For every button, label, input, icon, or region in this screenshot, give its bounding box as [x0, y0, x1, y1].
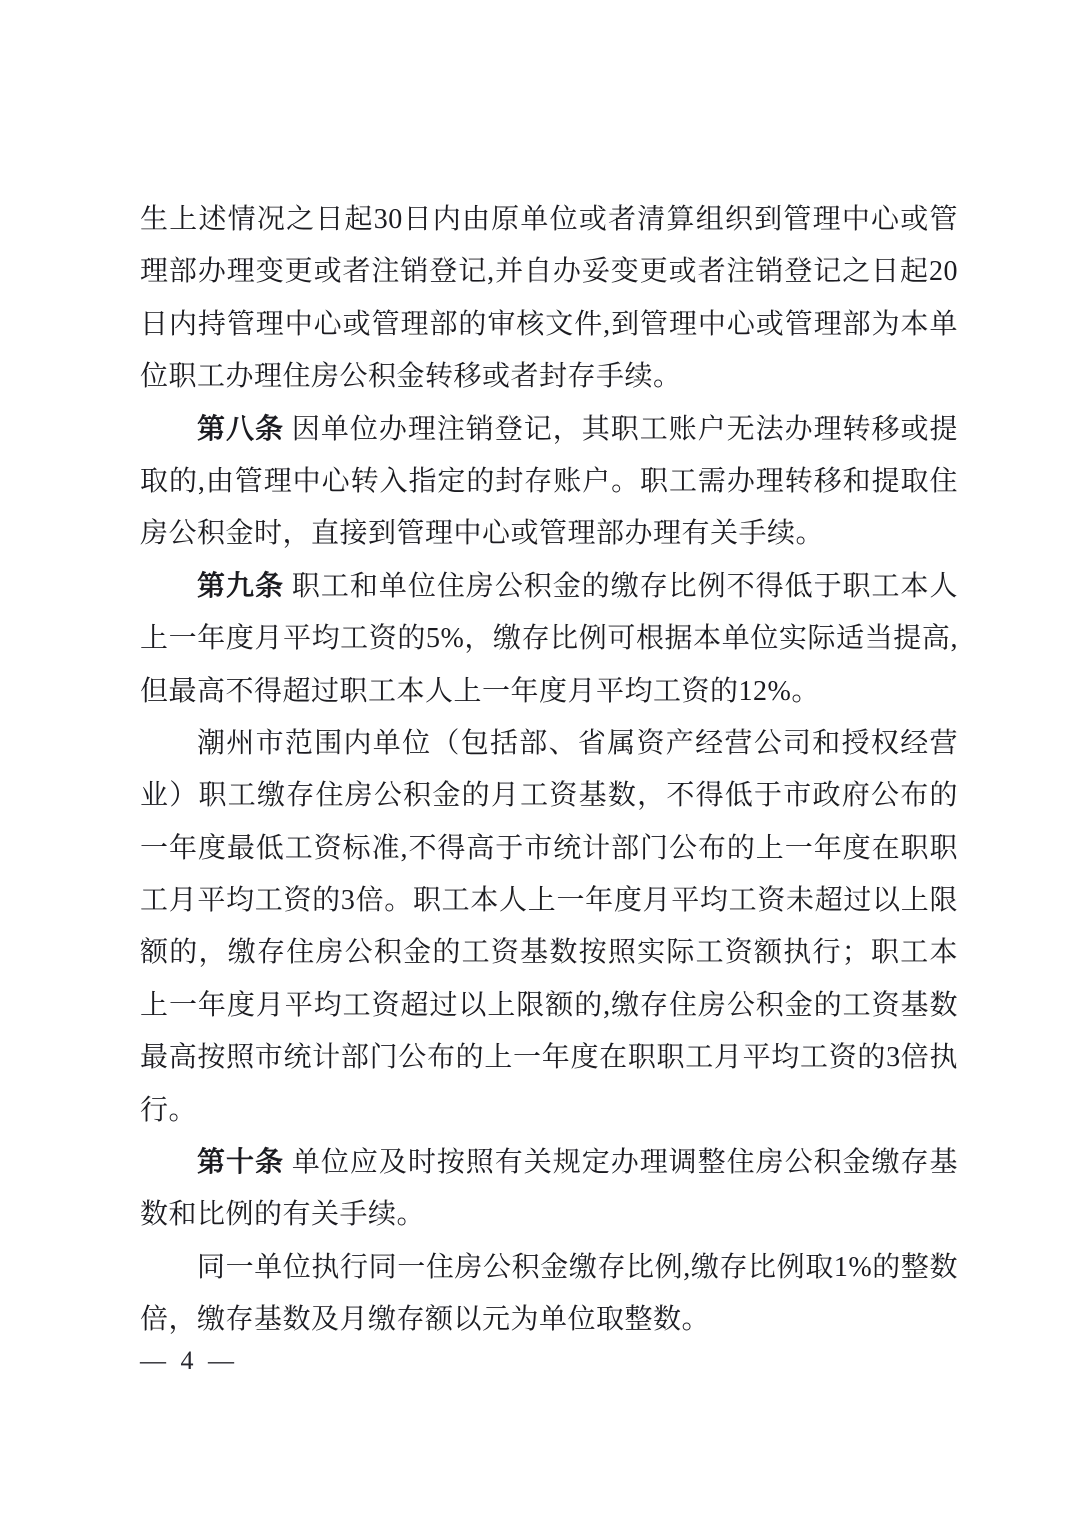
- line-text: 数和比例的有关手续。: [140, 1199, 425, 1230]
- line-text: 同一单位执行同一住房公积金缴存比例,缴存比例取1%的整数: [197, 1252, 958, 1283]
- text-line: 上一年度月平均工资超过以上限额的,缴存住房公积金的工资基数: [140, 980, 958, 1032]
- article-number-9: 第九条: [197, 571, 284, 602]
- line-text: 一年度最低工资标准,不得高于市统计部门公布的上一年度在职职: [140, 833, 958, 864]
- line-text: 但最高不得超过职工本人上一年度月平均工资的12%。: [140, 676, 820, 707]
- text-line: 最高按照市统计部门公布的上一年度在职职工月平均工资的3倍执: [140, 1032, 958, 1084]
- line-text: 额的，缴存住房公积金的工资基数按照实际工资额执行；职工本人: [140, 937, 958, 979]
- line-text: 生上述情况之日起30日内由原单位或者清算组织到管理中心或管: [140, 204, 958, 235]
- line-text: 潮州市范围内单位（包括部、省属资产经营公司和授权经营企: [140, 728, 958, 770]
- line-text: 理部办理变更或者注销登记,并自办妥变更或者注销登记之日起20: [140, 256, 958, 287]
- line-text: 行。: [140, 1095, 197, 1126]
- line-text: 取的,由管理中心转入指定的封存账户。职工需办理转移和提取住: [140, 466, 958, 497]
- line-text: 工月平均工资的3倍。职工本人上一年度月平均工资未超过以上限: [140, 885, 958, 916]
- line-text: 最高按照市统计部门公布的上一年度在职职工月平均工资的3倍执: [140, 1042, 958, 1073]
- page-number: — 4 —: [140, 1345, 234, 1377]
- text-line: 同一单位执行同一住房公积金缴存比例,缴存比例取1%的整数: [140, 1242, 958, 1294]
- text-line: 取的,由管理中心转入指定的封存账户。职工需办理转移和提取住: [140, 456, 958, 508]
- text-line: 工月平均工资的3倍。职工本人上一年度月平均工资未超过以上限: [140, 875, 958, 927]
- text-line: 一年度最低工资标准,不得高于市统计部门公布的上一年度在职职: [140, 823, 958, 875]
- text-line: 倍，缴存基数及月缴存额以元为单位取整数。: [140, 1294, 958, 1346]
- line-text: 因单位办理注销登记，其职工账户无法办理转移或提: [284, 414, 958, 445]
- line-text: 职工和单位住房公积金的缴存比例不得低于职工本人: [284, 571, 958, 602]
- text-line: 第十条 单位应及时按照有关规定办理调整住房公积金缴存基: [140, 1137, 958, 1189]
- text-line: 行。: [140, 1085, 958, 1137]
- text-line: 潮州市范围内单位（包括部、省属资产经营公司和授权经营企: [140, 718, 958, 770]
- line-text: 单位应及时按照有关规定办理调整住房公积金缴存基: [284, 1147, 958, 1178]
- document-body: 生上述情况之日起30日内由原单位或者清算组织到管理中心或管 理部办理变更或者注销…: [140, 194, 958, 1347]
- text-line: 房公积金时，直接到管理中心或管理部办理有关手续。: [140, 508, 958, 560]
- text-line: 额的，缴存住房公积金的工资基数按照实际工资额执行；职工本人: [140, 927, 958, 979]
- text-line: 日内持管理中心或管理部的审核文件,到管理中心或管理部为本单: [140, 299, 958, 351]
- text-line: 业）职工缴存住房公积金的月工资基数，不得低于市政府公布的上: [140, 770, 958, 822]
- text-line: 但最高不得超过职工本人上一年度月平均工资的12%。: [140, 666, 958, 718]
- line-text: 房公积金时，直接到管理中心或管理部办理有关手续。: [140, 518, 824, 549]
- line-text: 上一年度月平均工资超过以上限额的,缴存住房公积金的工资基数: [140, 990, 958, 1021]
- line-text: 位职工办理住房公积金转移或者封存手续。: [140, 361, 682, 392]
- text-line: 位职工办理住房公积金转移或者封存手续。: [140, 351, 958, 403]
- text-line: 理部办理变更或者注销登记,并自办妥变更或者注销登记之日起20: [140, 246, 958, 298]
- text-line: 第八条 因单位办理注销登记，其职工账户无法办理转移或提: [140, 404, 958, 456]
- line-text: 业）职工缴存住房公积金的月工资基数，不得低于市政府公布的上: [140, 780, 958, 822]
- document-page: 生上述情况之日起30日内由原单位或者清算组织到管理中心或管 理部办理变更或者注销…: [0, 0, 1080, 1527]
- line-text: 日内持管理中心或管理部的审核文件,到管理中心或管理部为本单: [140, 309, 958, 340]
- text-line: 生上述情况之日起30日内由原单位或者清算组织到管理中心或管: [140, 194, 958, 246]
- article-number-8: 第八条: [197, 414, 284, 445]
- article-number-10: 第十条: [197, 1147, 284, 1178]
- text-line: 数和比例的有关手续。: [140, 1189, 958, 1241]
- text-line: 上一年度月平均工资的5%，缴存比例可根据本单位实际适当提高,: [140, 613, 958, 665]
- line-text: 上一年度月平均工资的5%，缴存比例可根据本单位实际适当提高,: [140, 623, 958, 654]
- text-line: 第九条 职工和单位住房公积金的缴存比例不得低于职工本人: [140, 561, 958, 613]
- line-text: 倍，缴存基数及月缴存额以元为单位取整数。: [140, 1304, 710, 1335]
